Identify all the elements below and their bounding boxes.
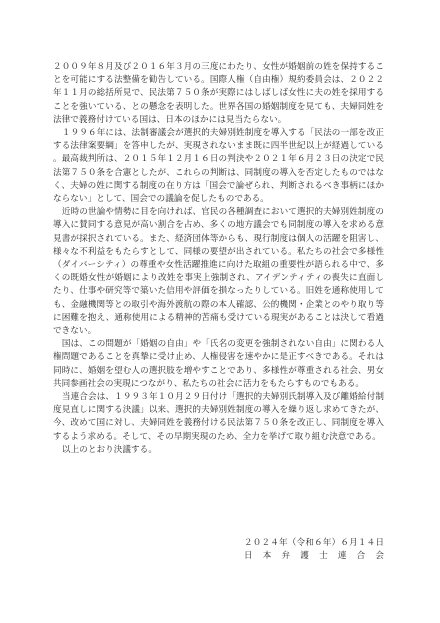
paragraph-1996-history: １９９６年には、法制審議会が選択的夫婦別姓制度を導入する「民法の一部を改正する法…: [53, 127, 384, 206]
paragraph-resolution-closing: 以上のとおり決議する。: [53, 444, 384, 457]
signature-block: ２０２４年（令和６年）６月１４日 日本弁護士連合会: [244, 537, 384, 563]
resolution-date: ２０２４年（令和６年）６月１４日: [244, 537, 384, 550]
paragraph-federation-demand: 当連合会は、１９９３年１０月２９日付け「選択的夫婦別氏制導入及び離婚給付制度見直…: [53, 391, 384, 444]
paragraph-public-opinion: 近時の世論や情勢に目を向ければ、官民の各種調査において選択的夫婦別姓制度の導入に…: [53, 206, 384, 338]
organization-name: 日本弁護士連合会: [244, 550, 384, 563]
document-body: ２００９年８月及び２０１６年３月の三度にわたり、女性が婚姻前の姓を保持することを…: [53, 61, 384, 457]
paragraph-human-rights: 国は、この問題が「婚姻の自由」や「氏名の変更を強制されない自由」に関わる人権問題…: [53, 338, 384, 391]
paragraph-recommendations: ２００９年８月及び２０１６年３月の三度にわたり、女性が婚姻前の姓を保持することを…: [53, 61, 384, 127]
